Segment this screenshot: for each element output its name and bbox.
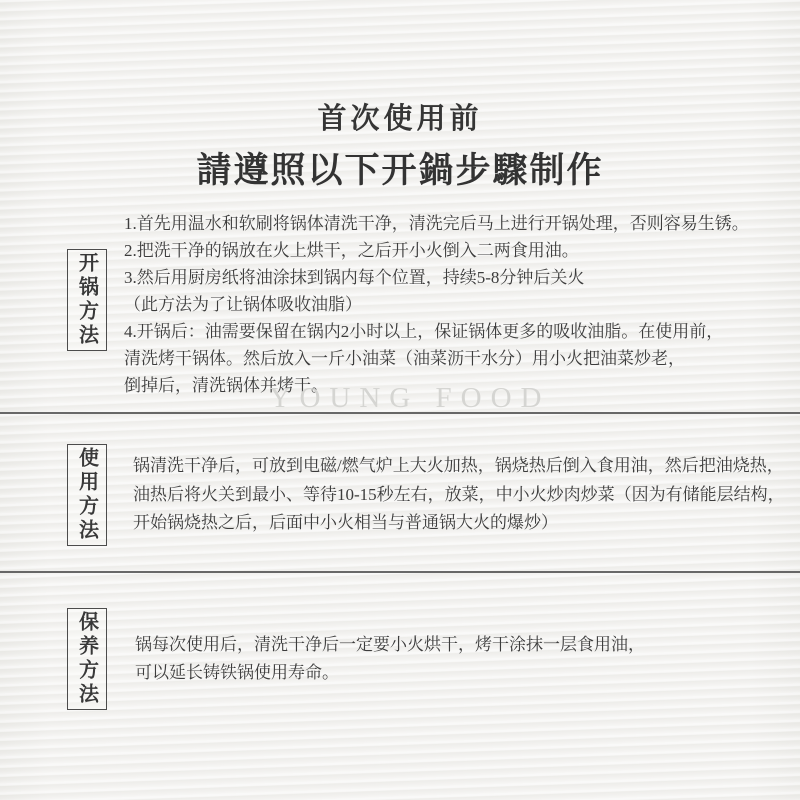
page-subtitle: 請遵照以下开鍋步驟制作 bbox=[0, 150, 800, 192]
instruction-line: 1.首先用温水和软刷将锅体清洗干净，清洗完后马上进行开锅处理，否则容易生锈。 bbox=[124, 210, 749, 237]
section-divider bbox=[0, 571, 800, 573]
instruction-line: 3.然后用厨房纸将油涂抹到锅内每个位置，持续5-8分钟后关火 bbox=[124, 264, 749, 291]
page-title: 首次使用前 bbox=[0, 101, 800, 137]
brand-watermark: YOUNG FOOD bbox=[0, 383, 800, 414]
instruction-line: 4.开锅后：油需要保留在锅内2小时以上，保证锅体更多的吸收油脂。在使用前， bbox=[124, 318, 749, 345]
section-divider bbox=[0, 412, 800, 414]
instruction-sheet: 首次使用前 請遵照以下开鍋步驟制作 开锅方法 1.首先用温水和软刷将锅体清洗干净… bbox=[0, 0, 800, 800]
instruction-line: （此方法为了让锅体吸收油脂） bbox=[124, 291, 749, 318]
instruction-line: 锅清洗干净后，可放到电磁/燃气炉上大火加热，锅烧热后倒入食用油，然后把油烧热， bbox=[133, 452, 785, 481]
section-body-usage: 锅清洗干净后，可放到电磁/燃气炉上大火加热，锅烧热后倒入食用油，然后把油烧热， … bbox=[133, 452, 785, 538]
section-body-seasoning: 1.首先用温水和软刷将锅体清洗干净，清洗完后马上进行开锅处理，否则容易生锈。 2… bbox=[124, 210, 749, 399]
section-label-usage: 使用方法 bbox=[67, 444, 107, 546]
section-label-seasoning: 开锅方法 bbox=[67, 249, 107, 351]
instruction-line: 锅每次使用后，清洗干净后一定要小火烘干，烤干涂抹一层食用油， bbox=[135, 631, 645, 659]
instruction-line: 2.把洗干净的锅放在火上烘干，之后开小火倒入二两食用油。 bbox=[124, 237, 749, 264]
instruction-line: 可以延长铸铁锅使用寿命。 bbox=[135, 659, 645, 687]
section-label-maintenance: 保养方法 bbox=[67, 608, 107, 710]
instruction-line: 清洗烤干锅体。然后放入一斤小油菜（油菜沥干水分）用小火把油菜炒老， bbox=[124, 345, 749, 372]
instruction-line: 开始锅烧热之后，后面中小火相当与普通锅大火的爆炒） bbox=[133, 509, 785, 538]
instruction-line: 油热后将火关到最小、等待10-15秒左右，放菜，中小火炒肉炒菜（因为有储能层结构… bbox=[133, 481, 785, 510]
section-body-maintenance: 锅每次使用后，清洗干净后一定要小火烘干，烤干涂抹一层食用油， 可以延长铸铁锅使用… bbox=[135, 631, 645, 687]
